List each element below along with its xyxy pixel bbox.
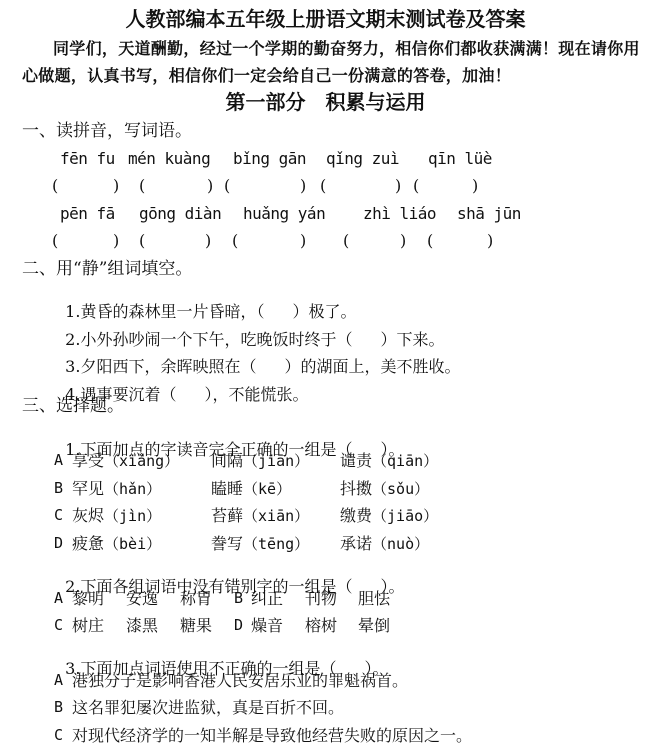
option-word: 罕见（hǎn） (72, 481, 161, 497)
option-letter: C (54, 508, 63, 523)
word: 谴责 (340, 451, 372, 470)
option-word: 间隔（jiān） (211, 453, 309, 469)
word-pinyin: （nuò） (372, 535, 429, 553)
pinyin-2-4: zhì liáo (363, 206, 436, 222)
pinyin-2-5: shā jūn (457, 206, 521, 222)
blank-close: ) (395, 178, 401, 194)
word: 榕树 (305, 618, 337, 634)
option-word: 疲惫（bèi） (72, 536, 161, 552)
word: 承诺 (340, 534, 372, 553)
option-word: 苔藓（xiān） (211, 508, 309, 524)
section2-heading: 二、用“静”组词填空。 (22, 261, 192, 278)
option-letter: B (54, 481, 63, 496)
option-letter: D (54, 536, 63, 551)
option-text: 对现代经济学的一知半解是导致他经营失败的原因之一。 (72, 728, 472, 744)
blank-close: ) (472, 178, 478, 194)
word-pinyin: （qiān） (372, 452, 438, 470)
word-pinyin: （sǒu） (372, 480, 429, 498)
word: 罕见 (72, 479, 104, 498)
word-pinyin: （hǎn） (104, 480, 161, 498)
blank-close: ) (300, 233, 306, 249)
pinyin-2-2: gōng diàn (139, 206, 221, 222)
word: 抖擞 (340, 479, 372, 498)
question-2-stem: 2.下面各组词语中没有错别字的一组是（）。 (55, 563, 404, 595)
option-word: 缴费（jiāo） (340, 508, 438, 524)
word-pinyin: （tēng） (243, 535, 309, 553)
intro-line-2: 心做题，认真书写，相信你们一定会给自己一份满意的答卷，加油！ (22, 68, 511, 84)
word-pinyin: （jiān） (243, 452, 309, 470)
pinyin-1-4: qǐng zuì (326, 151, 399, 167)
word: 刊物 (305, 591, 337, 607)
blank-close: ) (487, 233, 493, 249)
word: 誊写 (211, 534, 243, 553)
option-word: 誊写（tēng） (211, 536, 309, 552)
option-word: 享受（xiǎng） (72, 453, 179, 469)
option-text: 这名罪犯屡次进监狱，真是百折不回。 (72, 700, 344, 716)
pinyin-2-1: pēn fā (60, 206, 115, 222)
word-pinyin: （jìn） (104, 507, 161, 525)
word: 苔藓 (211, 506, 243, 525)
option-text: 港独分子是影响香港人民安居乐业的罪魁祸首。 (72, 673, 408, 689)
word: 灰烬 (72, 506, 104, 525)
pinyin-2-3: huǎng yán (243, 206, 325, 222)
part-title: 第一部分 积累与运用 (0, 92, 651, 112)
pinyin-1-5: qīn lüè (428, 151, 492, 167)
option-letter[interactable]: B (234, 591, 243, 606)
word: 晕倒 (358, 618, 390, 634)
word: 疲惫 (72, 534, 104, 553)
blank-open[interactable]: ( (139, 233, 145, 249)
blank-open[interactable]: ( (52, 178, 58, 194)
word-pinyin: （xiān） (243, 507, 309, 525)
word: 胆怯 (358, 591, 390, 607)
blank-open[interactable]: ( (427, 233, 433, 249)
word: 树庄 (72, 618, 104, 634)
word-pinyin: （kē） (243, 480, 291, 498)
pinyin-1-1: fēn fu (60, 151, 115, 167)
option-letter: A (54, 453, 63, 468)
document-title: 人教部编本五年级上册语文期末测试卷及答案 (0, 9, 651, 29)
word: 称胃 (180, 591, 212, 607)
option-letter[interactable]: D (234, 618, 243, 633)
section3-heading: 三、选择题。 (22, 398, 124, 415)
blank-open[interactable]: ( (320, 178, 326, 194)
fill-item-text-after: ）的湖面上，美不胜收。 (284, 357, 460, 376)
word: 瞌睡 (211, 479, 243, 498)
word: 享受 (72, 451, 104, 470)
option-letter[interactable]: A (54, 591, 63, 606)
word: 纠正 (251, 591, 283, 607)
word: 漆黑 (126, 618, 158, 634)
option-word: 谴责（qiān） (340, 453, 438, 469)
word: 间隔 (211, 451, 243, 470)
option-letter: A (54, 673, 63, 688)
blank-close: ) (113, 178, 119, 194)
blank-close: ) (207, 178, 213, 194)
word: 糖果 (180, 618, 212, 634)
word-pinyin: （jiāo） (372, 507, 438, 525)
blank-open[interactable]: ( (139, 178, 145, 194)
blank-close: ) (205, 233, 211, 249)
option-word: 承诺（nuò） (340, 536, 429, 552)
blank-open[interactable]: ( (224, 178, 230, 194)
fill-item-text-after: ），不能慌张。 (204, 385, 308, 404)
word-pinyin: （bèi） (104, 535, 161, 553)
option-word: 瞌睡（kē） (211, 481, 291, 497)
word: 燥音 (251, 618, 283, 634)
word-pinyin: （xiǎng） (104, 452, 179, 470)
word: 黎明 (72, 591, 104, 607)
blank-close: ) (400, 233, 406, 249)
blank-open[interactable]: ( (343, 233, 349, 249)
blank-open[interactable]: ( (413, 178, 419, 194)
word: 安逸 (126, 591, 158, 607)
blank-open[interactable]: ( (232, 233, 238, 249)
option-letter: B (54, 700, 63, 715)
option-word: 抖擞（sǒu） (340, 481, 429, 497)
pinyin-1-3: bǐng gān (233, 151, 306, 167)
option-letter[interactable]: C (54, 618, 63, 633)
pinyin-1-2: mén kuàng (128, 151, 210, 167)
blank-close: ) (113, 233, 119, 249)
intro-line-1: 同学们，天道酬勤，经过一个学期的勤奋努力，相信你们都收获满满！现在请你用 (53, 41, 640, 57)
option-word: 灰烬（jìn） (72, 508, 161, 524)
blank-close: ) (300, 178, 306, 194)
section1-heading: 一、读拼音，写词语。 (22, 123, 192, 140)
option-letter: C (54, 728, 63, 743)
blank-open[interactable]: ( (52, 233, 58, 249)
word: 缴费 (340, 506, 372, 525)
